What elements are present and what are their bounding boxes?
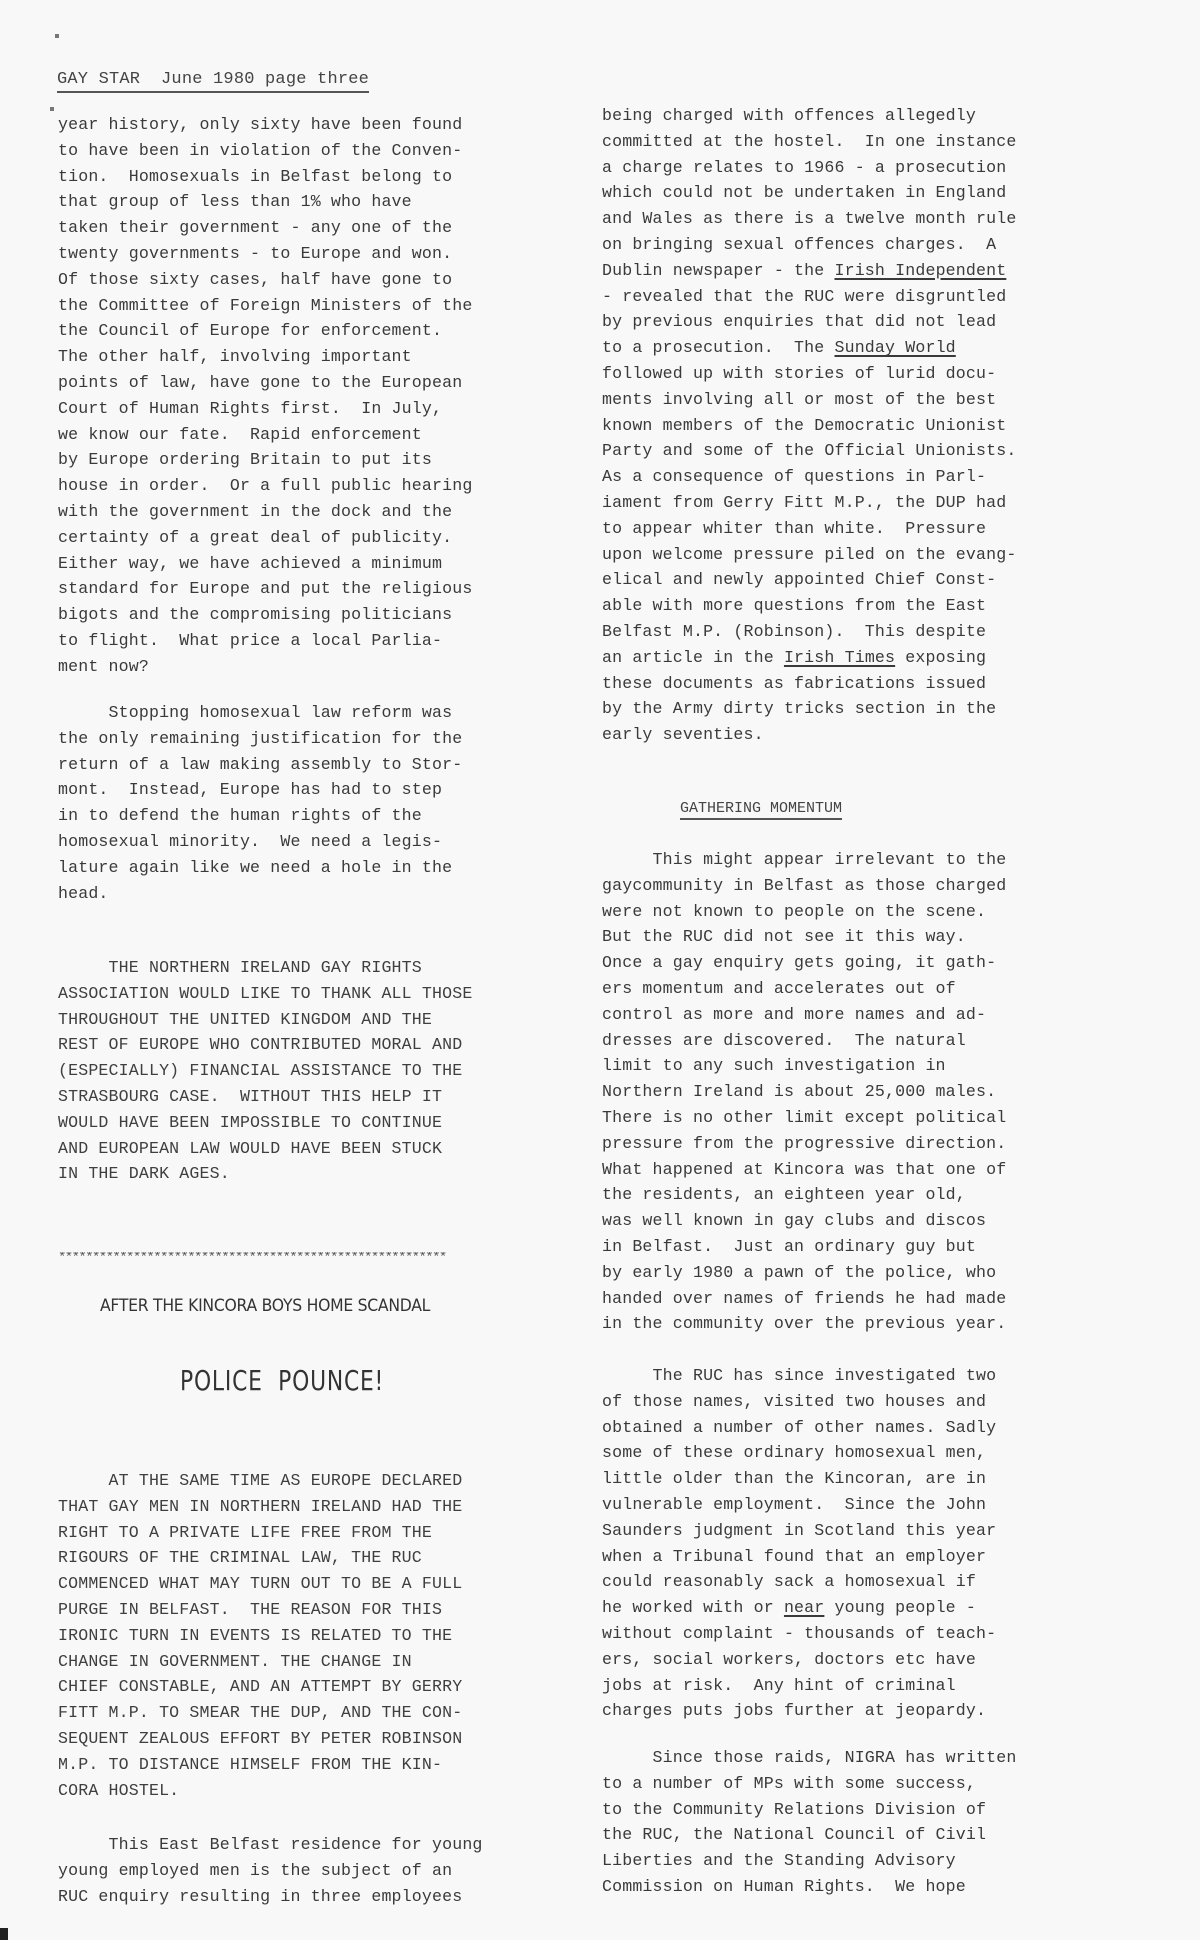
text-line: handed over names of friends he had made [602, 1286, 1006, 1312]
text-line: to a prosecution. The Sunday World [602, 335, 1016, 361]
text-line: lature again like we need a hole in the [58, 855, 462, 881]
text-line: was well known in gay clubs and discos [602, 1208, 1006, 1234]
text-line: Saunders judgment in Scotland this year [602, 1518, 996, 1544]
text-line: CORA HOSTEL. [58, 1778, 462, 1804]
text-line: when a Tribunal found that an employer [602, 1544, 996, 1570]
text-line: - revealed that the RUC were disgruntled [602, 284, 1016, 310]
text-line: ASSOCIATION WOULD LIKE TO THANK ALL THOS… [58, 981, 472, 1007]
text-line: followed up with stories of lurid docu- [602, 361, 1016, 387]
text-line: AND EUROPEAN LAW WOULD HAVE BEEN STUCK [58, 1136, 472, 1162]
text-line: iament from Gerry Fitt M.P., the DUP had [602, 490, 1016, 516]
text-line: able with more questions from the East [602, 593, 1016, 619]
text-line: Party and some of the Official Unionists… [602, 438, 1016, 464]
text-line: on bringing sexual offences charges. A [602, 232, 1016, 258]
underlined-title: Sunday World [834, 338, 955, 357]
text-line: that group of less than 1% who have [58, 189, 472, 215]
text-line: being charged with offences allegedly [602, 103, 1016, 129]
text-line: homosexual minority. We need a legis- [58, 829, 462, 855]
text-line: The other half, involving important [58, 344, 472, 370]
text-line: upon welcome pressure piled on the evang… [602, 542, 1016, 568]
text-line: RIGHT TO A PRIVATE LIFE FREE FROM THE [58, 1520, 462, 1546]
text-line: IRONIC TURN IN EVENTS IS RELATED TO THE [58, 1623, 462, 1649]
text-line: dresses are discovered. The natural [602, 1028, 1006, 1054]
text-line: THE NORTHERN IRELAND GAY RIGHTS [58, 955, 472, 981]
text-line: There is no other limit except political [602, 1105, 1006, 1131]
text-line: to the Community Relations Division of [602, 1797, 1016, 1823]
text-line: with the government in the dock and the [58, 499, 472, 525]
text-line: Belfast M.P. (Robinson). This despite [602, 619, 1016, 645]
text-line: could reasonably sack a homosexual if [602, 1569, 996, 1595]
text-line: FITT M.P. TO SMEAR THE DUP, AND THE CON- [58, 1700, 462, 1726]
text-line: ers, social workers, doctors etc have [602, 1647, 996, 1673]
text-line: we know our fate. Rapid enforcement [58, 422, 472, 448]
section-subhead: GATHERING MOMENTUM [680, 800, 842, 820]
text-line: RUC enquiry resulting in three employees [58, 1884, 483, 1910]
text-line: Commission on Human Rights. We hope [602, 1874, 1016, 1900]
text-line: Court of Human Rights first. In July, [58, 396, 472, 422]
text-line: limit to any such investigation in [602, 1053, 1006, 1079]
text-line: obtained a number of other names. Sadly [602, 1415, 996, 1441]
text-line: The RUC has since investigated two [602, 1363, 996, 1389]
text-line: What happened at Kincora was that one of [602, 1157, 1006, 1183]
text-line: IN THE DARK AGES. [58, 1161, 472, 1187]
text-line: these documents as fabrications issued [602, 671, 1016, 697]
right-para-1: being charged with offences allegedlycom… [602, 103, 1016, 748]
text-line: committed at the hostel. In one instance [602, 129, 1016, 155]
underlined-title: Irish Times [784, 648, 895, 667]
scan-edge-mark [0, 1928, 8, 1940]
text-line: in the community over the previous year. [602, 1311, 1006, 1337]
text-line: to have been in violation of the Conven- [58, 138, 472, 164]
text-line: STRASBOURG CASE. WITHOUT THIS HELP IT [58, 1084, 472, 1110]
text-line: the residents, an eighteen year old, [602, 1182, 1006, 1208]
scan-speck [55, 34, 59, 38]
text-line: an article in the Irish Times exposing [602, 645, 1016, 671]
text-line: RIGOURS OF THE CRIMINAL LAW, THE RUC [58, 1545, 462, 1571]
text-line: charges puts jobs further at jeopardy. [602, 1698, 996, 1724]
text-line: WOULD HAVE BEEN IMPOSSIBLE TO CONTINUE [58, 1110, 472, 1136]
text-line: which could not be undertaken in England [602, 180, 1016, 206]
text-line: Of those sixty cases, half have gone to [58, 267, 472, 293]
text-line: the RUC, the National Council of Civil [602, 1822, 1016, 1848]
text-line: little older than the Kincoran, are in [602, 1466, 996, 1492]
text-line: house in order. Or a full public hearing [58, 473, 472, 499]
text-line: ment now? [58, 654, 472, 680]
text-line: he worked with or near young people - [602, 1595, 996, 1621]
text-line: the only remaining justification for the [58, 726, 462, 752]
right-para-4: Since those raids, NIGRA has writtento a… [602, 1745, 1016, 1900]
text-line: the Council of Europe for enforcement. [58, 318, 472, 344]
right-para-2: This might appear irrelevant to thegayco… [602, 847, 1006, 1337]
text-line: by previous enquiries that did not lead [602, 309, 1016, 335]
text-line: CHIEF CONSTABLE, AND AN ATTEMPT BY GERRY [58, 1674, 462, 1700]
text-line: of those names, visited two houses and [602, 1389, 996, 1415]
text-line: Since those raids, NIGRA has written [602, 1745, 1016, 1771]
text-line: gaycommunity in Belfast as those charged [602, 873, 1006, 899]
nigra-thanks-notice: THE NORTHERN IRELAND GAY RIGHTSASSOCIATI… [58, 955, 472, 1187]
text-line: ments involving all or most of the best [602, 387, 1016, 413]
text-line: known members of the Democratic Unionist [602, 413, 1016, 439]
text-line: to flight. What price a local Parlia- [58, 628, 472, 654]
underlined-title: Irish Independent [834, 261, 1006, 280]
text-line: were not known to people on the scene. [602, 899, 1006, 925]
text-line: THAT GAY MEN IN NORTHERN IRELAND HAD THE [58, 1494, 462, 1520]
text-line: the Committee of Foreign Ministers of th… [58, 293, 472, 319]
left-para-3: This East Belfast residence for youngyou… [58, 1832, 483, 1909]
text-line: in Belfast. Just an ordinary guy but [602, 1234, 1006, 1260]
text-line: AT THE SAME TIME AS EUROPE DECLARED [58, 1468, 462, 1494]
text-line: M.P. TO DISTANCE HIMSELF FROM THE KIN- [58, 1752, 462, 1778]
text-line: COMMENCED WHAT MAY TURN OUT TO BE A FULL [58, 1571, 462, 1597]
text-line: in to defend the human rights of the [58, 803, 462, 829]
text-line: early seventies. [602, 722, 1016, 748]
text-line: CHANGE IN GOVERNMENT. THE CHANGE IN [58, 1649, 462, 1675]
right-para-3: The RUC has since investigated twoof tho… [602, 1363, 996, 1724]
text-line: young employed men is the subject of an [58, 1858, 483, 1884]
text-line: (ESPECIALLY) FINANCIAL ASSISTANCE TO THE [58, 1058, 472, 1084]
text-line: by the Army dirty tricks section in the [602, 696, 1016, 722]
left-para-1: year history, only sixty have been found… [58, 112, 472, 680]
text-line: PURGE IN BELFAST. THE REASON FOR THIS [58, 1597, 462, 1623]
text-line: certainty of a great deal of publicity. [58, 525, 472, 551]
text-line: Either way, we have achieved a minimum [58, 551, 472, 577]
text-line: vulnerable employment. Since the John [602, 1492, 996, 1518]
text-line: mont. Instead, Europe has had to step [58, 777, 462, 803]
text-line: some of these ordinary homosexual men, [602, 1440, 996, 1466]
text-line: This East Belfast residence for young [58, 1832, 483, 1858]
text-line: SEQUENT ZEALOUS EFFORT BY PETER ROBINSON [58, 1726, 462, 1752]
text-line: year history, only sixty have been found [58, 112, 472, 138]
text-line: But the RUC did not see it this way. [602, 924, 1006, 950]
text-line: standard for Europe and put the religiou… [58, 576, 472, 602]
text-line: Dublin newspaper - the Irish Independent [602, 258, 1016, 284]
asterisk-separator: ****************************************… [58, 1252, 588, 1264]
text-line: to a number of MPs with some success, [602, 1771, 1016, 1797]
scan-speck [50, 107, 54, 111]
article-lede: AT THE SAME TIME AS EUROPE DECLAREDTHAT … [58, 1468, 462, 1803]
text-line: THROUGHOUT THE UNITED KINGDOM AND THE [58, 1007, 472, 1033]
text-line: This might appear irrelevant to the [602, 847, 1006, 873]
left-para-2: Stopping homosexual law reform wasthe on… [58, 700, 462, 906]
text-line: tion. Homosexuals in Belfast belong to [58, 164, 472, 190]
text-line: jobs at risk. Any hint of criminal [602, 1673, 996, 1699]
text-line: bigots and the compromising politicians [58, 602, 472, 628]
text-line: Northern Ireland is about 25,000 males. [602, 1079, 1006, 1105]
text-line: ers momentum and accelerates out of [602, 976, 1006, 1002]
text-line: elical and newly appointed Chief Const- [602, 567, 1016, 593]
text-line: points of law, have gone to the European [58, 370, 472, 396]
article-headline: POLICE POUNCE! [180, 1364, 384, 1397]
text-line: Liberties and the Standing Advisory [602, 1848, 1016, 1874]
text-line: REST OF EUROPE WHO CONTRIBUTED MORAL AND [58, 1032, 472, 1058]
article-kicker: AFTER THE KINCORA BOYS HOME SCANDAL [100, 1296, 430, 1316]
text-line: return of a law making assembly to Stor- [58, 752, 462, 778]
page-header: GAY STAR June 1980 page three [57, 70, 369, 93]
text-line: a charge relates to 1966 - a prosecution [602, 155, 1016, 181]
text-line: control as more and more names and ad- [602, 1002, 1006, 1028]
underlined-title: near [784, 1598, 824, 1617]
text-line: head. [58, 881, 462, 907]
text-line: Once a gay enquiry gets going, it gath- [602, 950, 1006, 976]
text-line: Stopping homosexual law reform was [58, 700, 462, 726]
text-line: to appear whiter than white. Pressure [602, 516, 1016, 542]
text-line: by early 1980 a pawn of the police, who [602, 1260, 1006, 1286]
text-line: by Europe ordering Britain to put its [58, 447, 472, 473]
text-line: twenty governments - to Europe and won. [58, 241, 472, 267]
text-line: taken their government - any one of the [58, 215, 472, 241]
text-line: pressure from the progressive direction. [602, 1131, 1006, 1157]
text-line: without complaint - thousands of teach- [602, 1621, 996, 1647]
text-line: As a consequence of questions in Parl- [602, 464, 1016, 490]
text-line: and Wales as there is a twelve month rul… [602, 206, 1016, 232]
